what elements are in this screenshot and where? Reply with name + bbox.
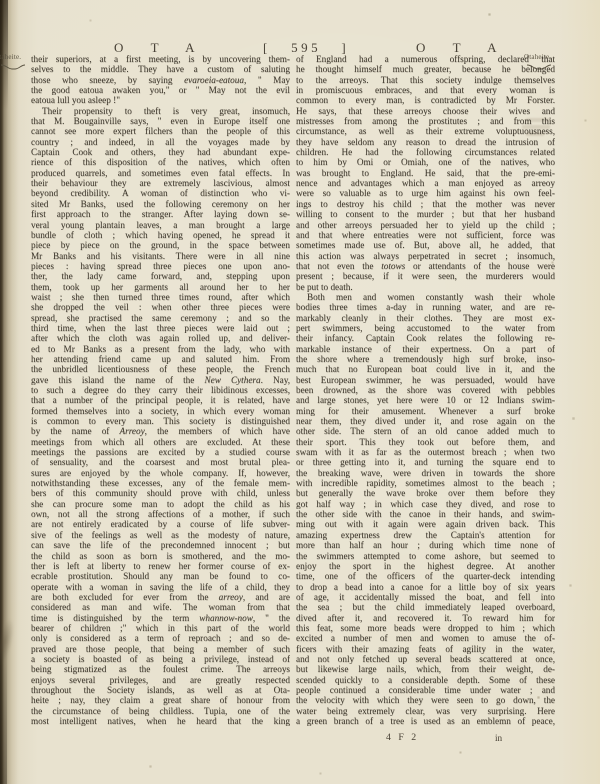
text-line: people continued a considerable time und… [296, 685, 555, 695]
text-line: bundle of cloth ; which having opened, h… [31, 230, 290, 240]
paper-speckles [0, 0, 1, 1]
text-line: rience of this disposition of the native… [31, 157, 290, 167]
text-line: with incredible rapidity, sometimes almo… [296, 478, 555, 488]
text-line: and other arreoys persuaded her to yield… [296, 220, 555, 230]
text-line: ming for their amusement. Whenever a sur… [296, 406, 555, 416]
text-line: that not even the totows or attendants o… [296, 261, 555, 271]
text-line: their infancy. Captain Cook relates the … [296, 333, 555, 343]
text-line: by the name of Arreoy, the members of wh… [31, 426, 290, 436]
text-line: praved are those people, that being a me… [31, 644, 290, 654]
text-line: but likewise large nails, which, from th… [296, 664, 555, 674]
text-line: own, not all the strong affections of a … [31, 509, 290, 519]
text-line: mistresses from among the prostitutes ; … [296, 116, 555, 126]
text-line: to drop a bead into a canoe for a little… [296, 582, 555, 592]
text-line: spread, she practised the same ceremony … [31, 313, 290, 323]
text-line: eatoua lull you asleep !" [31, 95, 290, 105]
text-line: are both excluded for ever from the arre… [31, 592, 290, 602]
text-line: is common to every man. This society is … [31, 416, 290, 426]
text-line: be put to death. [296, 282, 555, 292]
text-line: this feat, some more beads were dropped … [296, 623, 555, 633]
text-line: ed to Mr Banks as a present from the lad… [31, 344, 290, 354]
text-line: He says, that these arreoys choose their… [296, 106, 555, 116]
text-line: country ; and indeed, in all the voyages… [31, 137, 290, 147]
text-line: best European swimmer, he was persuaded,… [296, 375, 555, 385]
text-line: selves to the middle. They have a custom… [31, 64, 290, 74]
text-line: common to every man, is contradicted by … [296, 95, 555, 105]
text-line: ings to destroy his child ; that the mot… [296, 199, 555, 209]
text-line: the circumstance of being childless. Tup… [31, 706, 290, 716]
text-line: more than half an hour ; during which ti… [296, 540, 555, 550]
text-line: after which the cloth was again rolled u… [31, 333, 290, 343]
text-line: gave this island the name of the New Cyt… [31, 375, 290, 385]
text-line: and not only fetched up several beads sc… [296, 654, 555, 664]
text-line: time, one of the officers of the quarter… [296, 571, 555, 581]
margin-note-left: Otaheite. [0, 53, 26, 71]
text-line: circumstance, as well as their extreme v… [296, 126, 555, 136]
text-line: markable instance of their expertness. O… [296, 344, 555, 354]
text-line: swam with it as far as the outermost bre… [296, 447, 555, 457]
text-line: Mr Banks and his visitants. There were i… [31, 251, 290, 261]
text-line: ming out with it again were again driven… [296, 519, 555, 529]
margin-note-left-text: Otaheite. [0, 53, 21, 61]
catchword: in [495, 733, 502, 743]
text-line: time is distinguished by the term whanno… [31, 613, 290, 623]
text-line: the breaking wave, were driven in toward… [296, 468, 555, 478]
text-column-left: their superiors, at a first meeting, is … [31, 54, 290, 726]
text-column-right: of England had a numerous offspring, dec… [296, 54, 555, 726]
text-line: meetings the passions are excited by a s… [31, 447, 290, 457]
text-line: excited a number of men and women to amu… [296, 633, 555, 643]
text-line: enjoys several privileges, and are great… [31, 675, 290, 685]
text-line: to him by Omi or Omiah, one of the nativ… [296, 157, 555, 167]
text-line: their superiors, at a first meeting, is … [31, 54, 290, 64]
text-line: the good eatoua awaken you," or " May no… [31, 85, 290, 95]
text-line: formed themselves into a society, in whi… [31, 406, 290, 416]
text-line: willing to consent to the murder ; but t… [296, 209, 555, 219]
text-line: third time, when the last three pieces w… [31, 323, 290, 333]
text-line: a society is boasted of as being a privi… [31, 654, 290, 664]
text-line: children. He had the following circumsta… [296, 147, 555, 157]
text-line: pert swimmers, being accustomed to the w… [296, 323, 555, 333]
text-line: been drowned, as the shore was covered w… [296, 385, 555, 395]
text-line: she can procure some man to adopt the ch… [31, 499, 290, 509]
text-line: the swimmers attempted to come ashore, b… [296, 551, 555, 561]
text-line: amazing expertness drew the Captain's at… [296, 530, 555, 540]
text-line: meetings from which all others are exclu… [31, 437, 290, 447]
text-line: they have seldom any reason to dread the… [296, 137, 555, 147]
text-line: the child as soon as born is smothered, … [31, 551, 290, 561]
text-line: and large stones, yet here were 10 or 12… [296, 395, 555, 405]
text-line: enjoy the sport in the highest degree. A… [296, 561, 555, 571]
text-line: them, took up her garments all around he… [31, 282, 290, 292]
text-line: ther, the lady came forward, and, steppi… [31, 271, 290, 281]
text-line: produced quarrels, and sometimes even fa… [31, 168, 290, 178]
text-line: to the arreoys. That this society indulg… [296, 75, 555, 85]
text-line: near them, they dived under it, and rose… [296, 416, 555, 426]
margin-brace-icon [0, 63, 26, 71]
text-line: in promiscuous embraces, and that every … [296, 85, 555, 95]
text-line: of sensuality, and the coarsest and most… [31, 457, 290, 467]
text-line: present ; because, if it were seen, the … [296, 271, 555, 281]
book-page: O T A [ 595 ] O T A Otaheite. Otaheite. … [0, 0, 600, 784]
page-binding-shadow [0, 0, 18, 784]
paragraph: Their propensity to theft is very great,… [31, 106, 290, 727]
text-line: pieces : having spread three pieces one … [31, 261, 290, 271]
text-line: sometimes made use of. But, above all, h… [296, 240, 555, 250]
text-line: ficers with their amazing feats of agili… [296, 644, 555, 654]
text-line: Both men and women constantly wash their… [296, 292, 555, 302]
paragraph: Both men and women constantly wash their… [296, 292, 555, 726]
text-line: the other side with the canoe in their h… [296, 509, 555, 519]
text-line: their behaviour they are extremely lasci… [31, 178, 290, 188]
text-line: or three getting into it, and turning th… [296, 457, 555, 467]
text-line: nence and advantages which a man enjoyed… [296, 178, 555, 188]
text-line: only is considered as a term of reproach… [31, 633, 290, 643]
text-line: that a number of the principal people, i… [31, 395, 290, 405]
text-line: Captain Cook and others, they had abunda… [31, 147, 290, 157]
text-line: first approach to the stranger. After la… [31, 209, 290, 219]
text-line: her attending friend came up and saluted… [31, 354, 290, 364]
text-line: she dropped the veil : when other three … [31, 302, 290, 312]
text-line: a green branch of a tree is used as an e… [296, 716, 555, 726]
text-line: that M. Bougainville says, " even in Eur… [31, 116, 290, 126]
text-line: waist ; she then turned three times roun… [31, 292, 290, 302]
text-line: bearer of children ;" which in this part… [31, 623, 290, 633]
text-line: scended quickly to a considerable depth.… [296, 675, 555, 685]
text-line: can save the life of the precondemned in… [31, 540, 290, 550]
text-line: those who sneeze, by saying evaroeia-eat… [31, 75, 290, 85]
text-line: veral young plantain leaves, a man broug… [31, 220, 290, 230]
text-line: this action was always perpetrated in se… [296, 251, 555, 261]
text-line: and that where entreaties were not suffi… [296, 230, 555, 240]
text-line: most intelligent natives, when he heard … [31, 716, 290, 726]
text-line: of England had a numerous offspring, dec… [296, 54, 555, 64]
text-line: bodies three times a-day in running wate… [296, 302, 555, 312]
text-line: dived after it, and recovered it. To rew… [296, 613, 555, 623]
text-line: piece by piece on the ground, in the spa… [31, 240, 290, 250]
text-line: the shore where a tremendously high surf… [296, 354, 555, 364]
text-line: but generally the wave broke over them b… [296, 488, 555, 498]
text-line: Their propensity to theft is very great,… [31, 106, 290, 116]
text-line: of age, it accidentally missed the boat,… [296, 592, 555, 602]
text-line: were so valuable as to urge him against … [296, 188, 555, 198]
text-line: cannot see more expert filchers than the… [31, 126, 290, 136]
text-line: ecrable prostitution. Should any man be … [31, 571, 290, 581]
signature-mark: 4 F 2 [386, 732, 419, 743]
text-line: notwithstanding these excesses, any of t… [31, 478, 290, 488]
text-line: water being extremely clear, was very su… [296, 706, 555, 716]
paragraph: their superiors, at a first meeting, is … [31, 54, 290, 106]
text-line: bers of this community should prove with… [31, 488, 290, 498]
text-line: are not entirely eradicated by a course … [31, 519, 290, 529]
text-line: heite ; nay, they claim a great share of… [31, 695, 290, 705]
text-line: was brought to England. He said, that th… [296, 168, 555, 178]
text-line: operate with a woman in saving the life … [31, 582, 290, 592]
text-line: sures are enjoyed by the whole company. … [31, 468, 290, 478]
text-line: their sport. This they took out before t… [296, 437, 555, 447]
text-line: he thought himself much greater, because… [296, 64, 555, 74]
text-line: the unbridled licentiousness of these pe… [31, 364, 290, 374]
text-line: the sea ; but the child immediately leap… [296, 602, 555, 612]
text-line: sited Mr Banks, used the following cerem… [31, 199, 290, 209]
text-line: sive of the feelings as well as the mode… [31, 530, 290, 540]
text-line: got half way ; in which case they dived,… [296, 499, 555, 509]
text-line: throughout the Society islands, as well … [31, 685, 290, 695]
text-line: considered as man and wife. The woman fr… [31, 602, 290, 612]
text-line: to such a degree do they carry their lib… [31, 385, 290, 395]
text-line: markably cleanly in their clothes. They … [296, 313, 555, 323]
text-line: beyond credibility. A woman of distincti… [31, 188, 290, 198]
paragraph: of England had a numerous offspring, dec… [296, 54, 555, 292]
text-line: ther is left at liberty to renew her for… [31, 561, 290, 571]
text-line: the velocity with which they were seen t… [296, 695, 555, 705]
text-line: other side. The stern of an old canoe ad… [296, 426, 555, 436]
text-line: being stigmatized as the foulest crime. … [31, 664, 290, 674]
text-line: much that no European boat could live in… [296, 364, 555, 374]
